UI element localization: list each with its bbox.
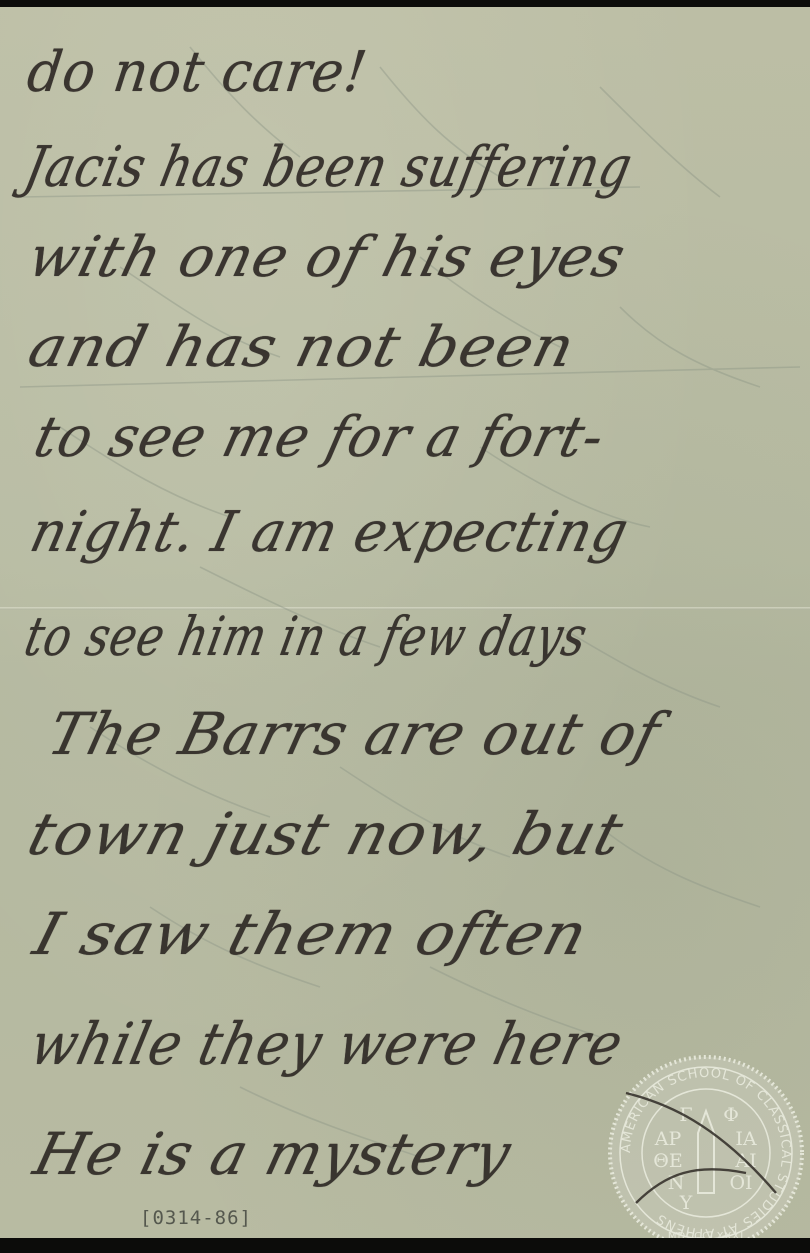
seal-letter: ΘΕ bbox=[653, 1150, 682, 1172]
handwritten-line-8: The Barrs are out of bbox=[42, 700, 668, 768]
handwritten-line-1: do not care! bbox=[24, 40, 371, 105]
handwritten-line-10: I saw them often bbox=[27, 900, 596, 968]
handwritten-line-5: to see me for a fort- bbox=[28, 405, 611, 470]
handwritten-line-12: He is a mystery bbox=[28, 1120, 519, 1188]
seal-letter: Φ bbox=[723, 1104, 739, 1126]
seal-letter: Υ bbox=[679, 1192, 693, 1214]
handwritten-line-2: Jacis has been suffering bbox=[19, 135, 638, 200]
seal-letter: ΙΑ bbox=[735, 1128, 757, 1150]
archive-reference-stamp: [0314-86] bbox=[140, 1207, 252, 1229]
handwritten-line-9: town just now, but bbox=[21, 800, 631, 868]
seal-letter: ΑΡ bbox=[654, 1128, 682, 1150]
handwritten-line-4: and has not been bbox=[23, 315, 582, 380]
seal-letter: ΟΙ bbox=[729, 1172, 752, 1194]
institution-seal-stamp: AMERICAN SCHOOL OF CLASSICAL STUDIES AT … bbox=[606, 1053, 806, 1253]
handwritten-line-3: with one of his eyes bbox=[22, 225, 633, 290]
scan-border bbox=[0, 1238, 810, 1253]
handwritten-line-11: while they were here bbox=[24, 1010, 630, 1078]
handwritten-line-6: night. I am expecting bbox=[24, 500, 635, 565]
handwritten-line-7: to see him in a few days bbox=[20, 605, 593, 668]
